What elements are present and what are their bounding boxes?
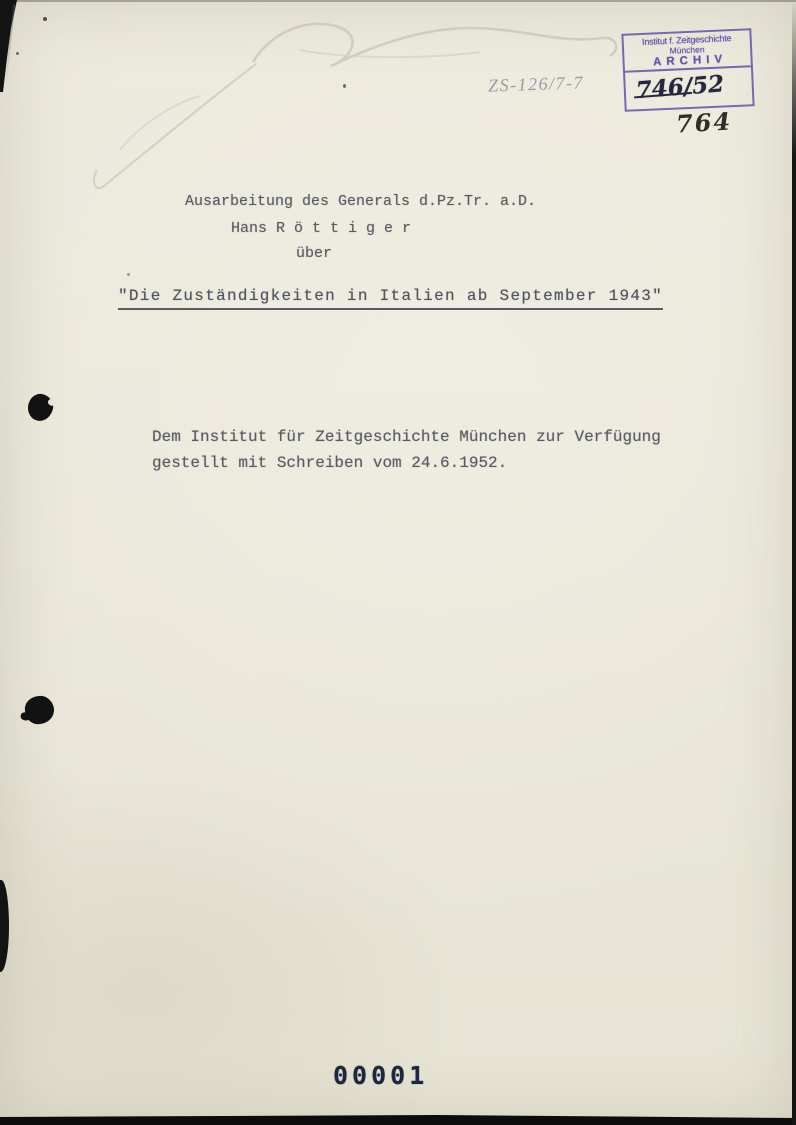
paper-speck	[343, 84, 346, 88]
document-author-line: Hans R ö t t i g e r	[231, 220, 411, 237]
document-header-line1: Ausarbeitung des Generals d.Pz.Tr. a.D.	[185, 193, 536, 210]
document-ueber-line: über	[296, 245, 332, 262]
scanned-document-page: Institut f. Zeitgeschichte München ARCHI…	[0, 0, 796, 1125]
handwritten-number-764: 764	[675, 107, 733, 139]
pencil-archive-reference: ZS-126/7-7	[488, 72, 585, 96]
document-body-line2: gestellt mit Schreiben vom 24.6.1952.	[152, 454, 507, 472]
scan-edge-top	[0, 0, 796, 2]
stamp-handwritten-number: 746/52	[635, 69, 747, 105]
page-number-stamp: 00001	[333, 1061, 428, 1090]
paper-speck	[16, 52, 19, 55]
paper-speck	[127, 273, 130, 276]
document-body-line1: Dem Institut für Zeitgeschichte München …	[152, 428, 661, 446]
archive-stamp: Institut f. Zeitgeschichte München ARCHI…	[621, 28, 754, 112]
paper-speck	[43, 17, 47, 21]
document-title-underlined: "Die Zuständigkeiten in Italien ab Septe…	[118, 287, 663, 310]
scan-edge-right	[792, 0, 796, 1125]
